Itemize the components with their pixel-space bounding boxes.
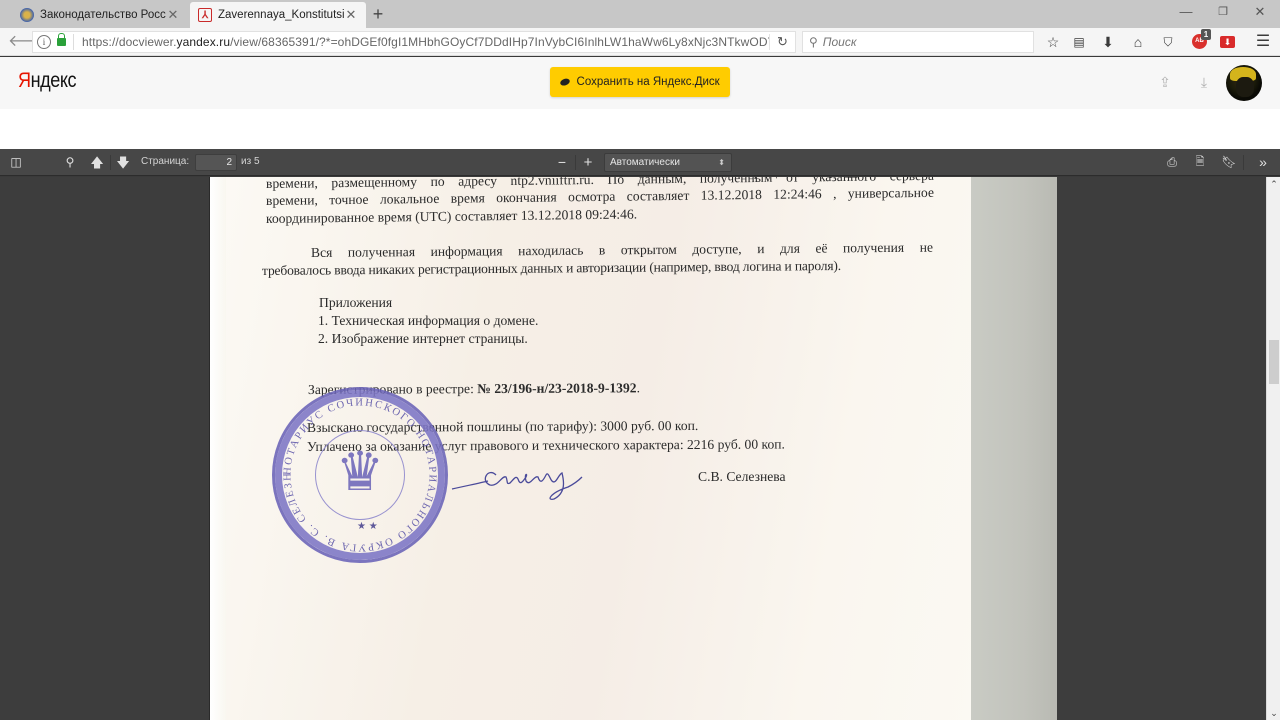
page-scan-edge bbox=[971, 177, 1057, 720]
pdf-toolbar: ◫ ⚲ 🡅 🡇 Страница: из 5 − + Автоматически… bbox=[0, 149, 1280, 176]
url-path: /view/68365391/?*=ohDGEf0fgI1MHbhGOyCf7D… bbox=[230, 35, 769, 49]
search-box[interactable]: ⚲ bbox=[802, 31, 1034, 53]
download-icon[interactable]: ⤓ bbox=[1195, 73, 1213, 91]
home-icon[interactable]: ⌂ bbox=[1128, 33, 1148, 51]
pocket-icon[interactable]: ⛉ bbox=[1158, 33, 1178, 51]
close-icon[interactable]: ✕ bbox=[344, 7, 358, 23]
document-viewer[interactable]: обращение к серверу времени, размещенном… bbox=[0, 177, 1266, 720]
save-document-icon[interactable]: 🗎 bbox=[1191, 154, 1209, 171]
back-arrow-icon[interactable]: 🡐 bbox=[8, 32, 28, 52]
state-emblem-icon bbox=[20, 8, 34, 22]
document-page: обращение к серверу времени, размещенном… bbox=[209, 177, 1057, 720]
close-window-button[interactable]: ✕ bbox=[1240, 0, 1280, 24]
registry-end: . bbox=[637, 380, 640, 395]
search-input[interactable] bbox=[823, 35, 1023, 49]
next-page-icon[interactable]: 🡇 bbox=[114, 154, 132, 171]
reading-list-icon[interactable]: ▤ bbox=[1069, 33, 1089, 51]
registry-number: № 23/196-н/23-2018-9-1392 bbox=[477, 380, 636, 396]
yandex-download-icon[interactable]: ⬇ bbox=[1220, 36, 1235, 48]
vertical-scrollbar[interactable]: ⌃ ⌄ bbox=[1266, 177, 1280, 720]
print-icon[interactable]: ⎙ bbox=[1163, 154, 1181, 171]
restore-button[interactable]: ❐ bbox=[1203, 0, 1243, 24]
page-label: Страница: bbox=[141, 156, 189, 167]
address-bar[interactable]: i https://docviewer.yandex.ru/view/68365… bbox=[32, 31, 796, 53]
minimize-button[interactable]: — bbox=[1166, 0, 1206, 24]
scroll-up-arrow-icon[interactable]: ⌃ bbox=[1267, 177, 1280, 191]
bookmark-star-icon[interactable]: ☆ bbox=[1043, 33, 1063, 51]
search-icon: ⚲ bbox=[809, 35, 818, 49]
adblock-icon[interactable]: AB1 bbox=[1192, 34, 1207, 49]
divider bbox=[1243, 155, 1244, 170]
page-total: из 5 bbox=[241, 156, 260, 167]
menu-icon[interactable]: ☰ bbox=[1253, 33, 1273, 51]
divider bbox=[110, 155, 111, 170]
attachments-title: Приложения bbox=[319, 295, 392, 311]
scroll-down-arrow-icon[interactable]: ⌄ bbox=[1267, 706, 1280, 720]
notary-stamp: НОТАРИУС СОЧИНСКОГО НОТАРИАЛЬНОГО ОКРУГА… bbox=[272, 387, 448, 563]
share-icon[interactable]: ⇪ bbox=[1156, 73, 1174, 91]
stamp-stars: ★ ★ bbox=[357, 522, 378, 531]
yandex-header: Яндекс ⬬ Сохранить на Яндекс.Диск ⇪ ⤓ bbox=[0, 57, 1280, 109]
new-tab-button[interactable]: + bbox=[368, 3, 388, 25]
close-icon[interactable]: ✕ bbox=[166, 7, 180, 23]
tab-title: Законодательство Росси... bbox=[40, 9, 166, 21]
reload-icon[interactable]: ↻ bbox=[769, 34, 795, 50]
signer-name: С.В. Селезнева bbox=[698, 469, 786, 485]
info-icon[interactable]: i bbox=[37, 35, 51, 49]
zoom-value: Автоматически bbox=[610, 157, 680, 168]
scrollbar-thumb[interactable] bbox=[1269, 340, 1279, 384]
save-button-label: Сохранить на Яндекс.Диск bbox=[577, 76, 720, 88]
user-avatar[interactable] bbox=[1226, 65, 1262, 101]
yandex-logo[interactable]: Яндекс bbox=[18, 69, 76, 93]
tools-chevron-icon[interactable]: » bbox=[1254, 154, 1272, 171]
adblock-badge: 1 bbox=[1201, 29, 1211, 40]
attachment-item: 1. Техническая информация о домене. bbox=[318, 313, 538, 329]
yandex-disk-icon: ⬬ bbox=[558, 73, 573, 91]
pdf-icon: ⅄ bbox=[198, 8, 212, 22]
find-icon[interactable]: ⚲ bbox=[61, 154, 79, 171]
logo-first-letter: Я bbox=[18, 69, 31, 92]
page-left-margin bbox=[210, 177, 226, 720]
url-domain: yandex.ru bbox=[177, 35, 231, 49]
url-prefix: https://docviewer. bbox=[82, 35, 177, 49]
zoom-in-button[interactable]: + bbox=[579, 154, 597, 171]
tab-strip: Законодательство Росси... ✕ ⅄ Zaverennay… bbox=[0, 0, 1280, 28]
sidebar-toggle-icon[interactable]: ◫ bbox=[7, 154, 25, 171]
attachment-item: 2. Изображение интернет страницы. bbox=[318, 331, 528, 347]
tab-title: Zaverennaya_Konstitutsia_... bbox=[218, 9, 344, 21]
select-arrows-icon: ⬍ bbox=[718, 154, 725, 171]
header-spacer bbox=[0, 109, 1280, 149]
lock-icon[interactable] bbox=[57, 38, 66, 46]
save-to-disk-button[interactable]: ⬬ Сохранить на Яндекс.Диск bbox=[550, 67, 730, 97]
signature bbox=[450, 457, 610, 502]
divider bbox=[73, 34, 74, 50]
previous-page-icon[interactable]: 🡅 bbox=[88, 154, 106, 171]
tab-legislation[interactable]: Законодательство Росси... ✕ bbox=[12, 2, 188, 28]
tab-pdf-document[interactable]: ⅄ Zaverennaya_Konstitutsia_... ✕ bbox=[190, 2, 366, 28]
logo-rest: ндекс bbox=[31, 69, 77, 92]
divider bbox=[575, 155, 576, 170]
bookmark-icon[interactable]: 🔖︎ bbox=[1220, 154, 1238, 171]
zoom-out-button[interactable]: − bbox=[553, 154, 571, 171]
navigation-bar: 🡐 i https://docviewer.yandex.ru/view/683… bbox=[0, 28, 1280, 56]
double-headed-eagle-icon: ♛ bbox=[325, 432, 395, 512]
page-number-input[interactable] bbox=[195, 154, 237, 171]
url-text[interactable]: https://docviewer.yandex.ru/view/6836539… bbox=[82, 35, 769, 49]
downloads-icon[interactable]: ⬇ bbox=[1098, 33, 1118, 51]
zoom-select[interactable]: Автоматически ⬍ bbox=[604, 153, 732, 172]
